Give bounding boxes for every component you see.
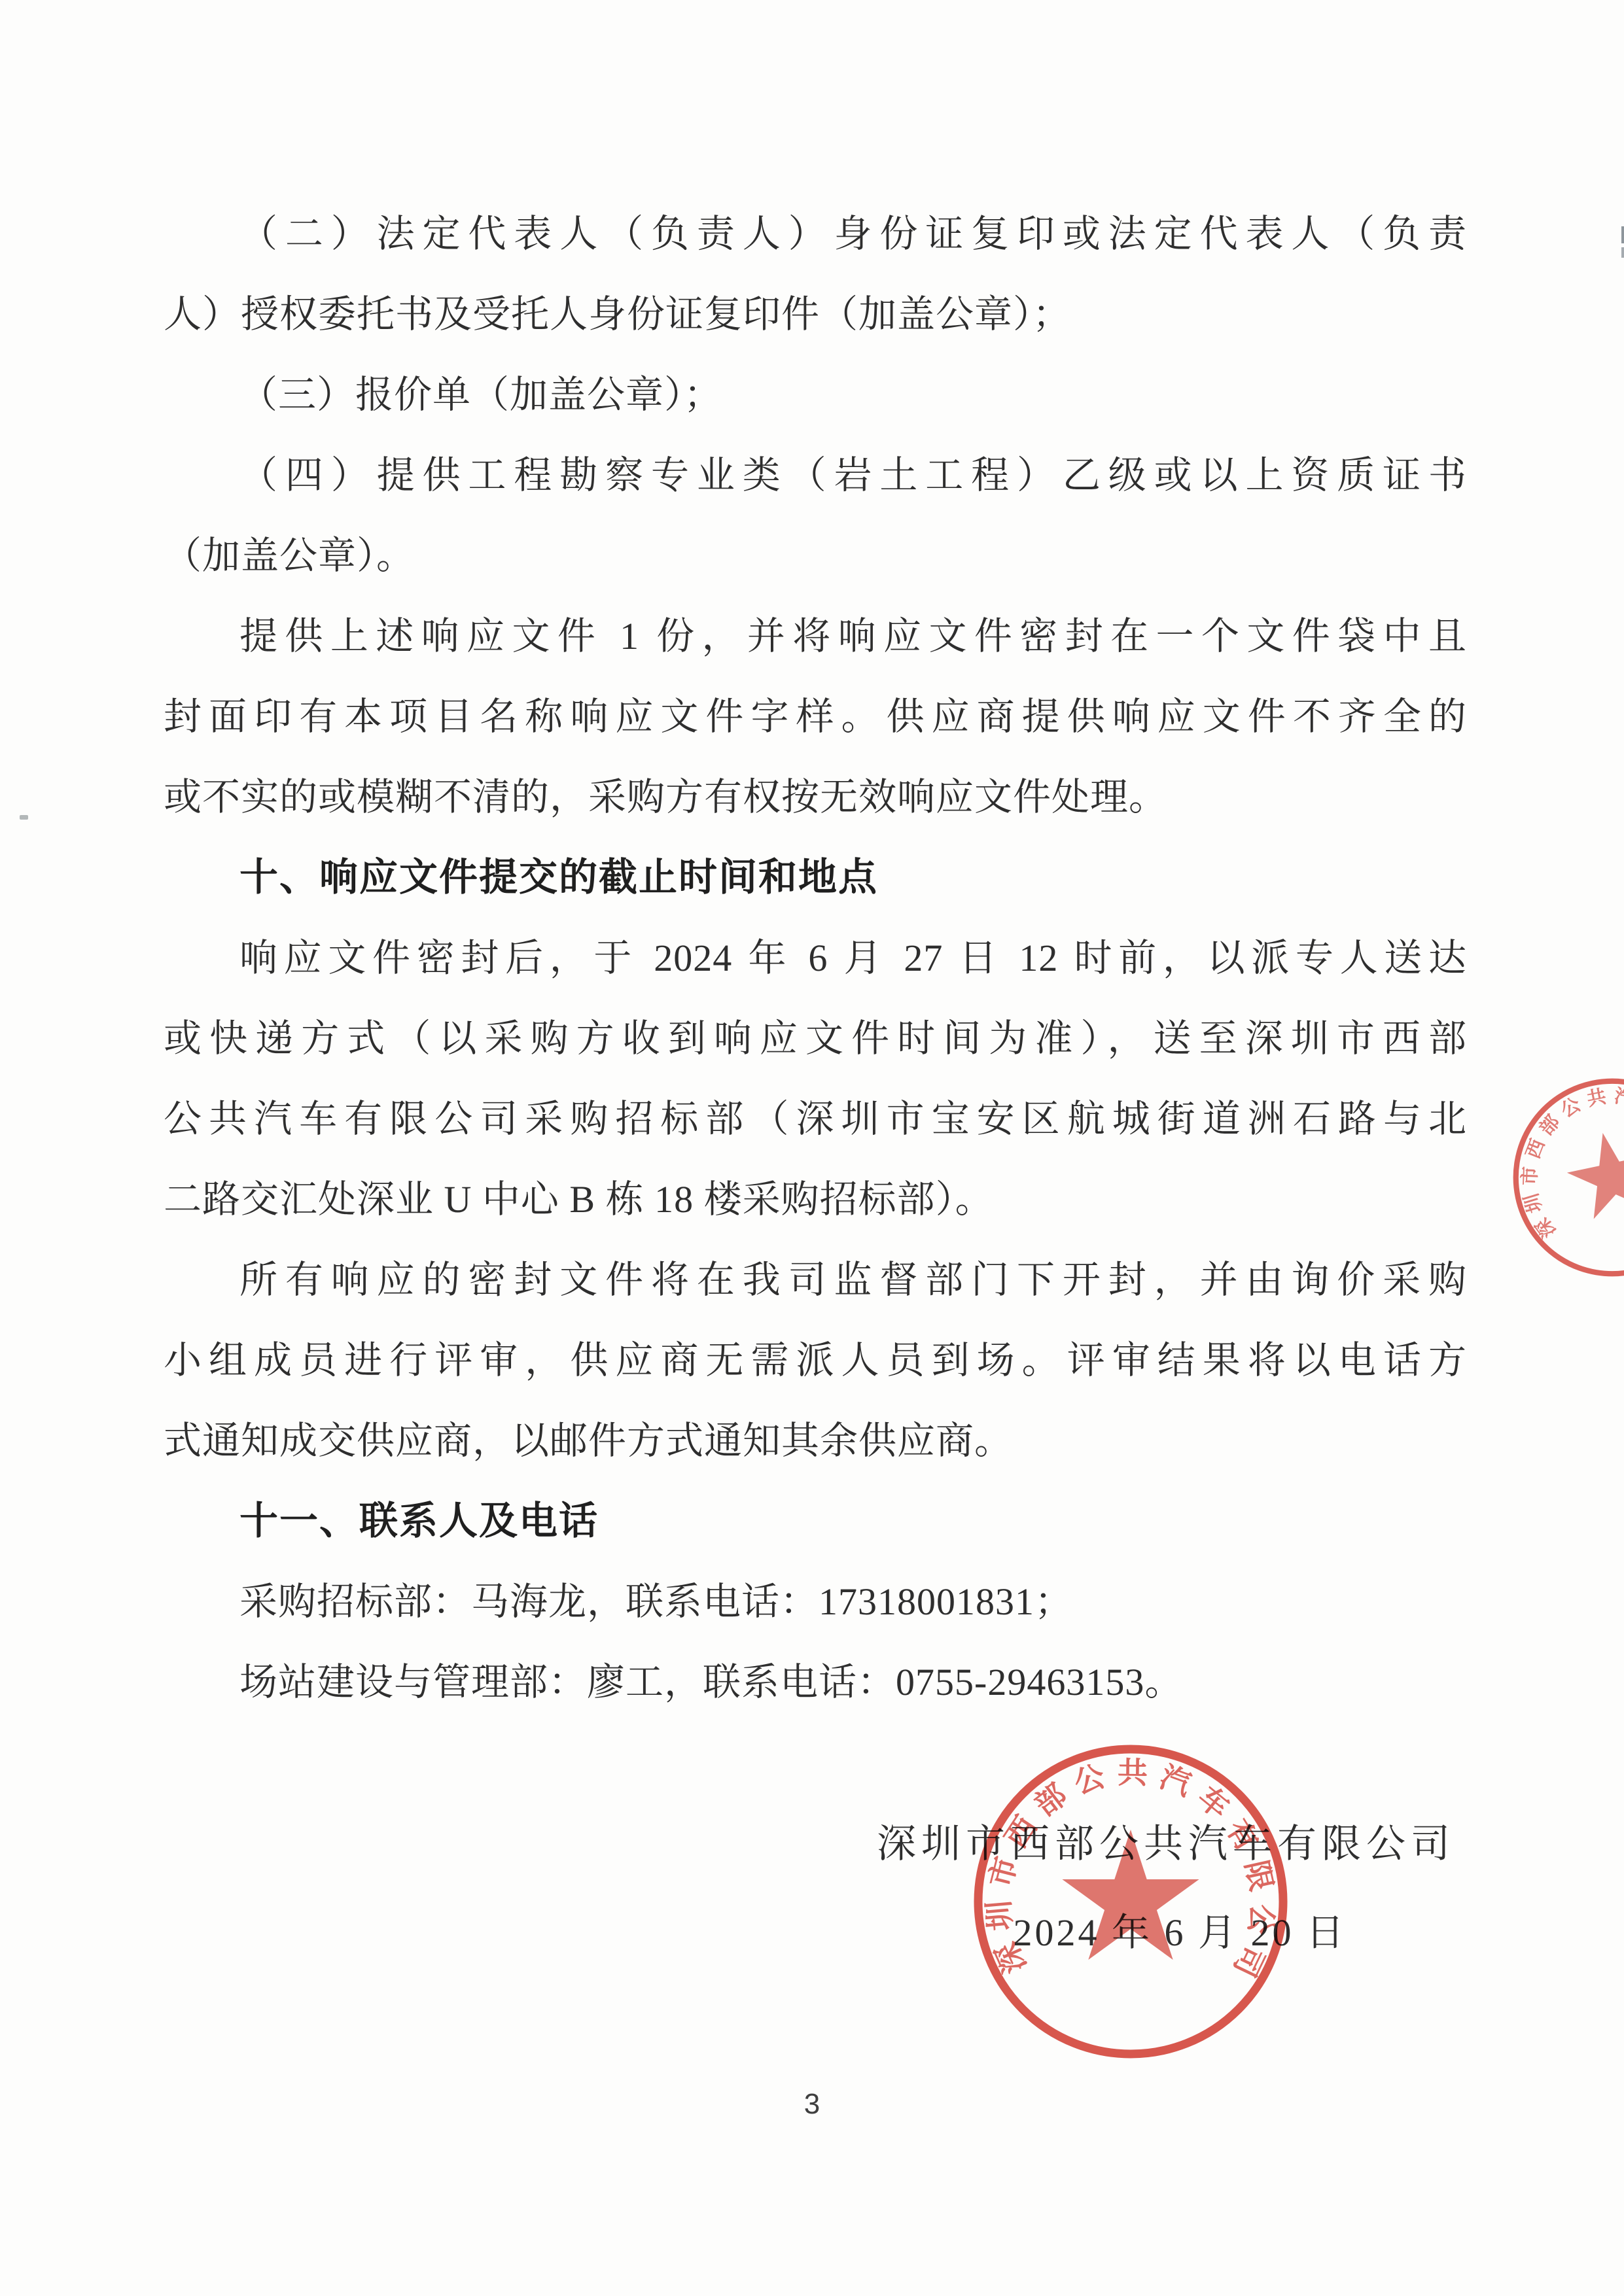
document-page: （二）法定代表人（负责人）身份证复印或法定代表人（负责 人）授权委托书及受托人身… [0,0,1624,2296]
doc-line: 二路交汇处深业 U 中心 B 栋 18 楼采购招标部）。 [164,1159,1467,1240]
doc-line: 采购招标部：马海龙，联系电话：17318001831； [164,1561,1467,1642]
page-number: 3 [0,2088,1624,2121]
doc-line: 或不实的或模糊不清的，采购方有权按无效响应文件处理。 [164,757,1467,837]
doc-line: 场站建设与管理部：廖工，联系电话：0755-29463153。 [164,1642,1467,1722]
doc-line: （四）提供工程勘察专业类（岩土工程）乙级或以上资质证书 [164,435,1467,515]
doc-line: 公共汽车有限公司采购招标部（深圳市宝安区航城街道洲石路与北 [164,1079,1467,1159]
section-heading-10: 十、响应文件提交的截止时间和地点 [164,837,1467,918]
doc-line: 或快递方式（以采购方收到响应文件时间为准），送至深圳市西部 [164,998,1467,1079]
doc-line: 封面印有本项目名称响应文件字样。供应商提供响应文件不齐全的 [164,676,1467,757]
scan-artifact-right-edge [1621,226,1624,243]
doc-line: 小组成员进行评审，供应商无需派人员到场。评审结果将以电话方 [164,1320,1467,1400]
partial-seal-stamp: 深圳市西部公共汽车有限公司 [1490,1055,1624,1300]
doc-line: 式通知成交供应商，以邮件方式通知其余供应商。 [164,1400,1467,1481]
doc-line: （三）报价单（加盖公章）； [164,355,1467,435]
document-text: （二）法定代表人（负责人）身份证复印或法定代表人（负责 人）授权委托书及受托人身… [164,194,1467,1722]
scan-artifact-speck [20,815,28,820]
doc-line: 响应文件密封后，于 2024 年 6 月 27 日 12 时前，以派专人送达 [164,918,1467,998]
section-heading-11: 十一、联系人及电话 [164,1481,1467,1561]
doc-line: （加盖公章）。 [164,515,1467,596]
seal-star [1561,1124,1624,1223]
seal-star [1062,1830,1199,1960]
doc-line: 提供上述响应文件 1 份，并将响应文件密封在一个文件袋中且 [164,596,1467,676]
doc-line: 人）授权委托书及受托人身份证复印件（加盖公章）； [164,274,1467,355]
scan-artifact-right-edge [1621,247,1624,258]
doc-line: 所有响应的密封文件将在我司监督部门下开封，并由询价采购 [164,1240,1467,1320]
doc-line: （二）法定代表人（负责人）身份证复印或法定代表人（负责 [164,194,1467,274]
company-seal-stamp: 深圳市西部公共汽车有限公司 [967,1738,1294,2065]
